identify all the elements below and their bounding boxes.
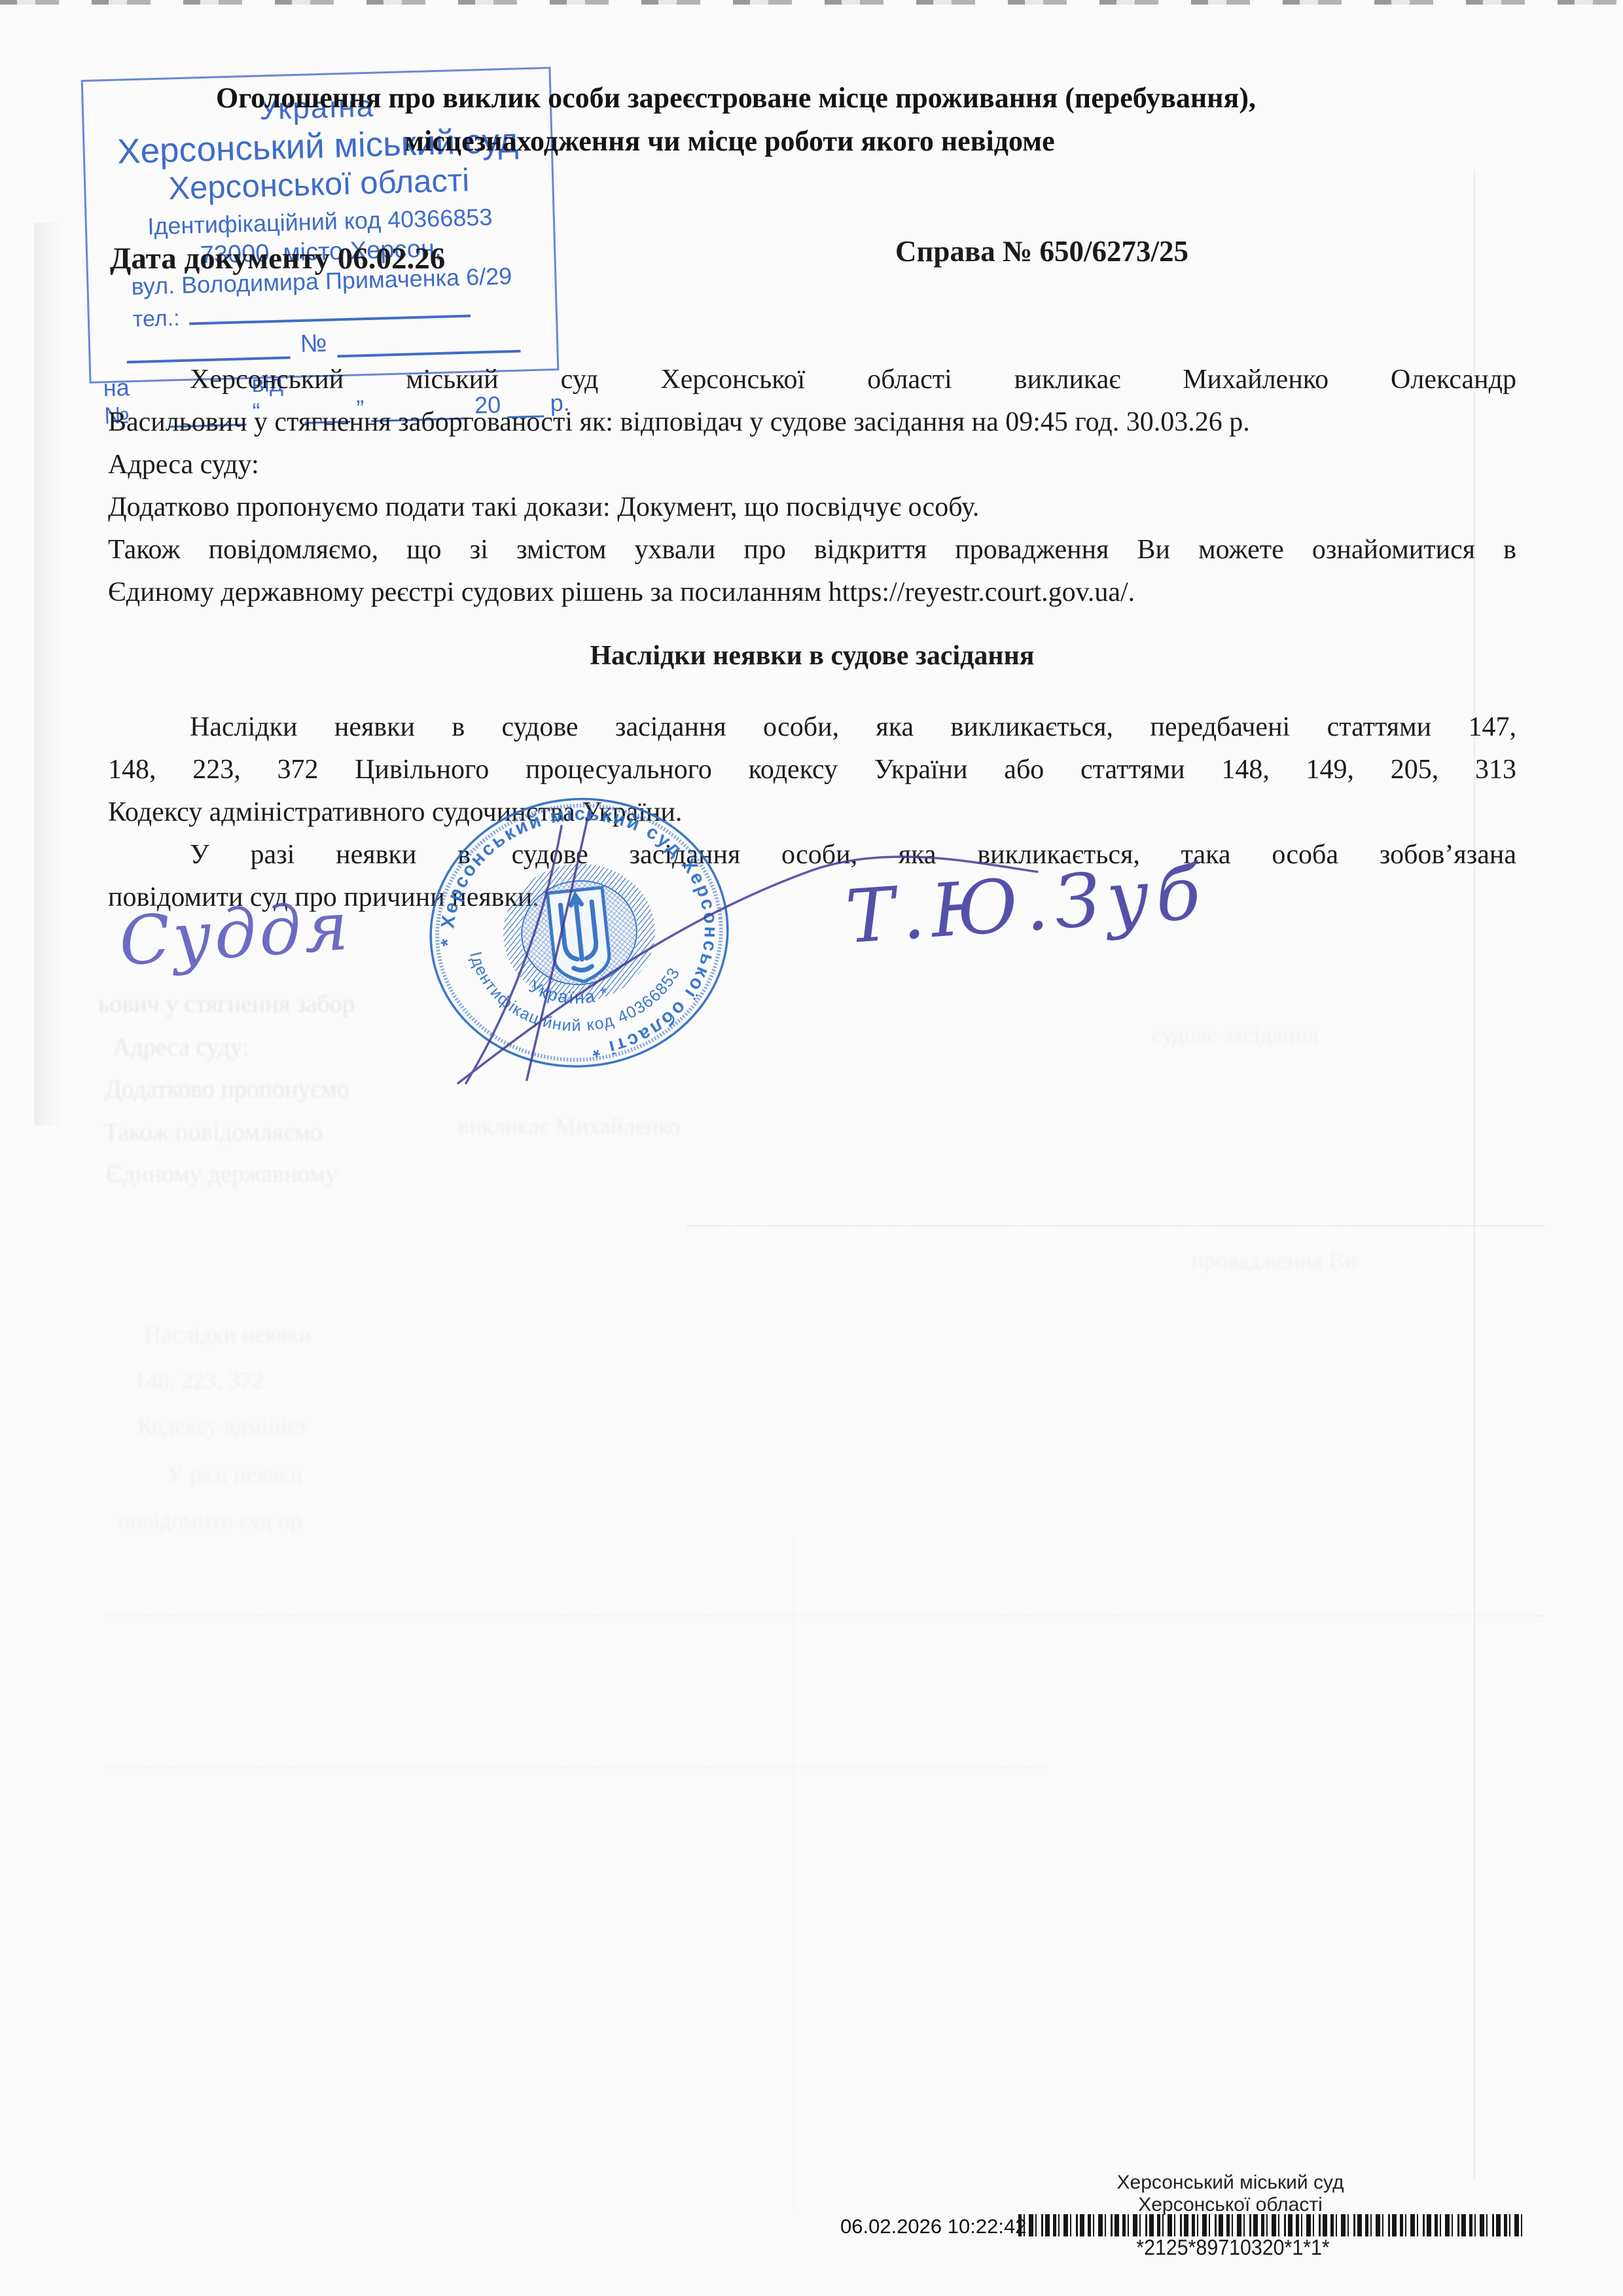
scan-fold-line <box>793 1538 794 2212</box>
scan-dust-line <box>687 1225 1544 1227</box>
ghost-text-line: У разі неявки <box>167 1461 302 1488</box>
body-text-line: Наслідки неявки в судове засідання особи… <box>108 706 1516 749</box>
body-text-line: Адреса суду: <box>108 444 1516 486</box>
stamp-number-blank-line <box>337 328 521 358</box>
document-title-line1: Оголошення про виклик особи зареєстрован… <box>216 81 1256 115</box>
footer-court-region: Херсонської області <box>1138 2194 1323 2216</box>
scan-dust-line <box>105 1767 1047 1768</box>
ghost-text-line: повідомити суд пр <box>118 1507 302 1534</box>
ghost-text-line: Адреса суду: <box>113 1033 249 1062</box>
ghost-text-line: ьович у стягнення забор <box>98 990 355 1018</box>
stamp-number-sign: № <box>300 330 327 359</box>
ghost-text-line: провадження Ви <box>1191 1247 1357 1274</box>
ghost-text-line: 148, 223, 372 <box>134 1367 264 1394</box>
body-text-line: Васильович у стягнення заборгованості як… <box>108 401 1516 444</box>
footer-datetime: 06.02.2026 10:22:42 <box>840 2215 1026 2238</box>
stamp-phone-blank-line <box>188 295 471 325</box>
scan-edge-artifact-top <box>0 0 1623 5</box>
stamp-phone-label: тел.: <box>132 306 180 332</box>
ghost-text-line: Кодексу адмініст <box>137 1412 308 1440</box>
ghost-text-line: Наслідки неявки <box>144 1321 312 1348</box>
body-text-line: Херсонський міський суд Херсонської обла… <box>108 359 1516 401</box>
judge-handwritten-word: Суддя <box>116 888 353 981</box>
document-date: Дата документу 06.02.26 <box>110 241 445 276</box>
body-text-line: Також повідомляємо, що зі змістом ухвали… <box>108 529 1516 571</box>
ghost-text-line: судове засідання <box>1152 1021 1319 1049</box>
scanned-court-document: ьович у стягнення заборАдреса суду:Додат… <box>0 0 1623 2296</box>
document-title-line2: місцезнаходження чи місце роботи якого н… <box>404 124 1055 158</box>
scan-dust-line <box>105 1615 1544 1617</box>
scan-edge-artifact-left <box>34 223 63 1126</box>
case-number: Справа № 650/6273/25 <box>895 234 1188 268</box>
ghost-text-line: Єдиному державному <box>106 1160 338 1189</box>
ghost-text-line: Також повідомляємо <box>103 1118 323 1147</box>
footer-court-name: Херсонський міський суд <box>1117 2172 1344 2194</box>
body-text-line: Наслідки неявки в судове засідання <box>108 635 1516 677</box>
ghost-text-line: Додатково пропонуємо <box>105 1075 349 1103</box>
body-text-line: Додатково пропонуємо подати такі докази:… <box>108 486 1516 529</box>
barcode-caption: *2125*89710320*1*1* <box>1136 2235 1329 2260</box>
body-text-line: Єдиному державному реєстрі судових рішен… <box>108 571 1516 614</box>
barcode <box>1018 2214 1524 2236</box>
